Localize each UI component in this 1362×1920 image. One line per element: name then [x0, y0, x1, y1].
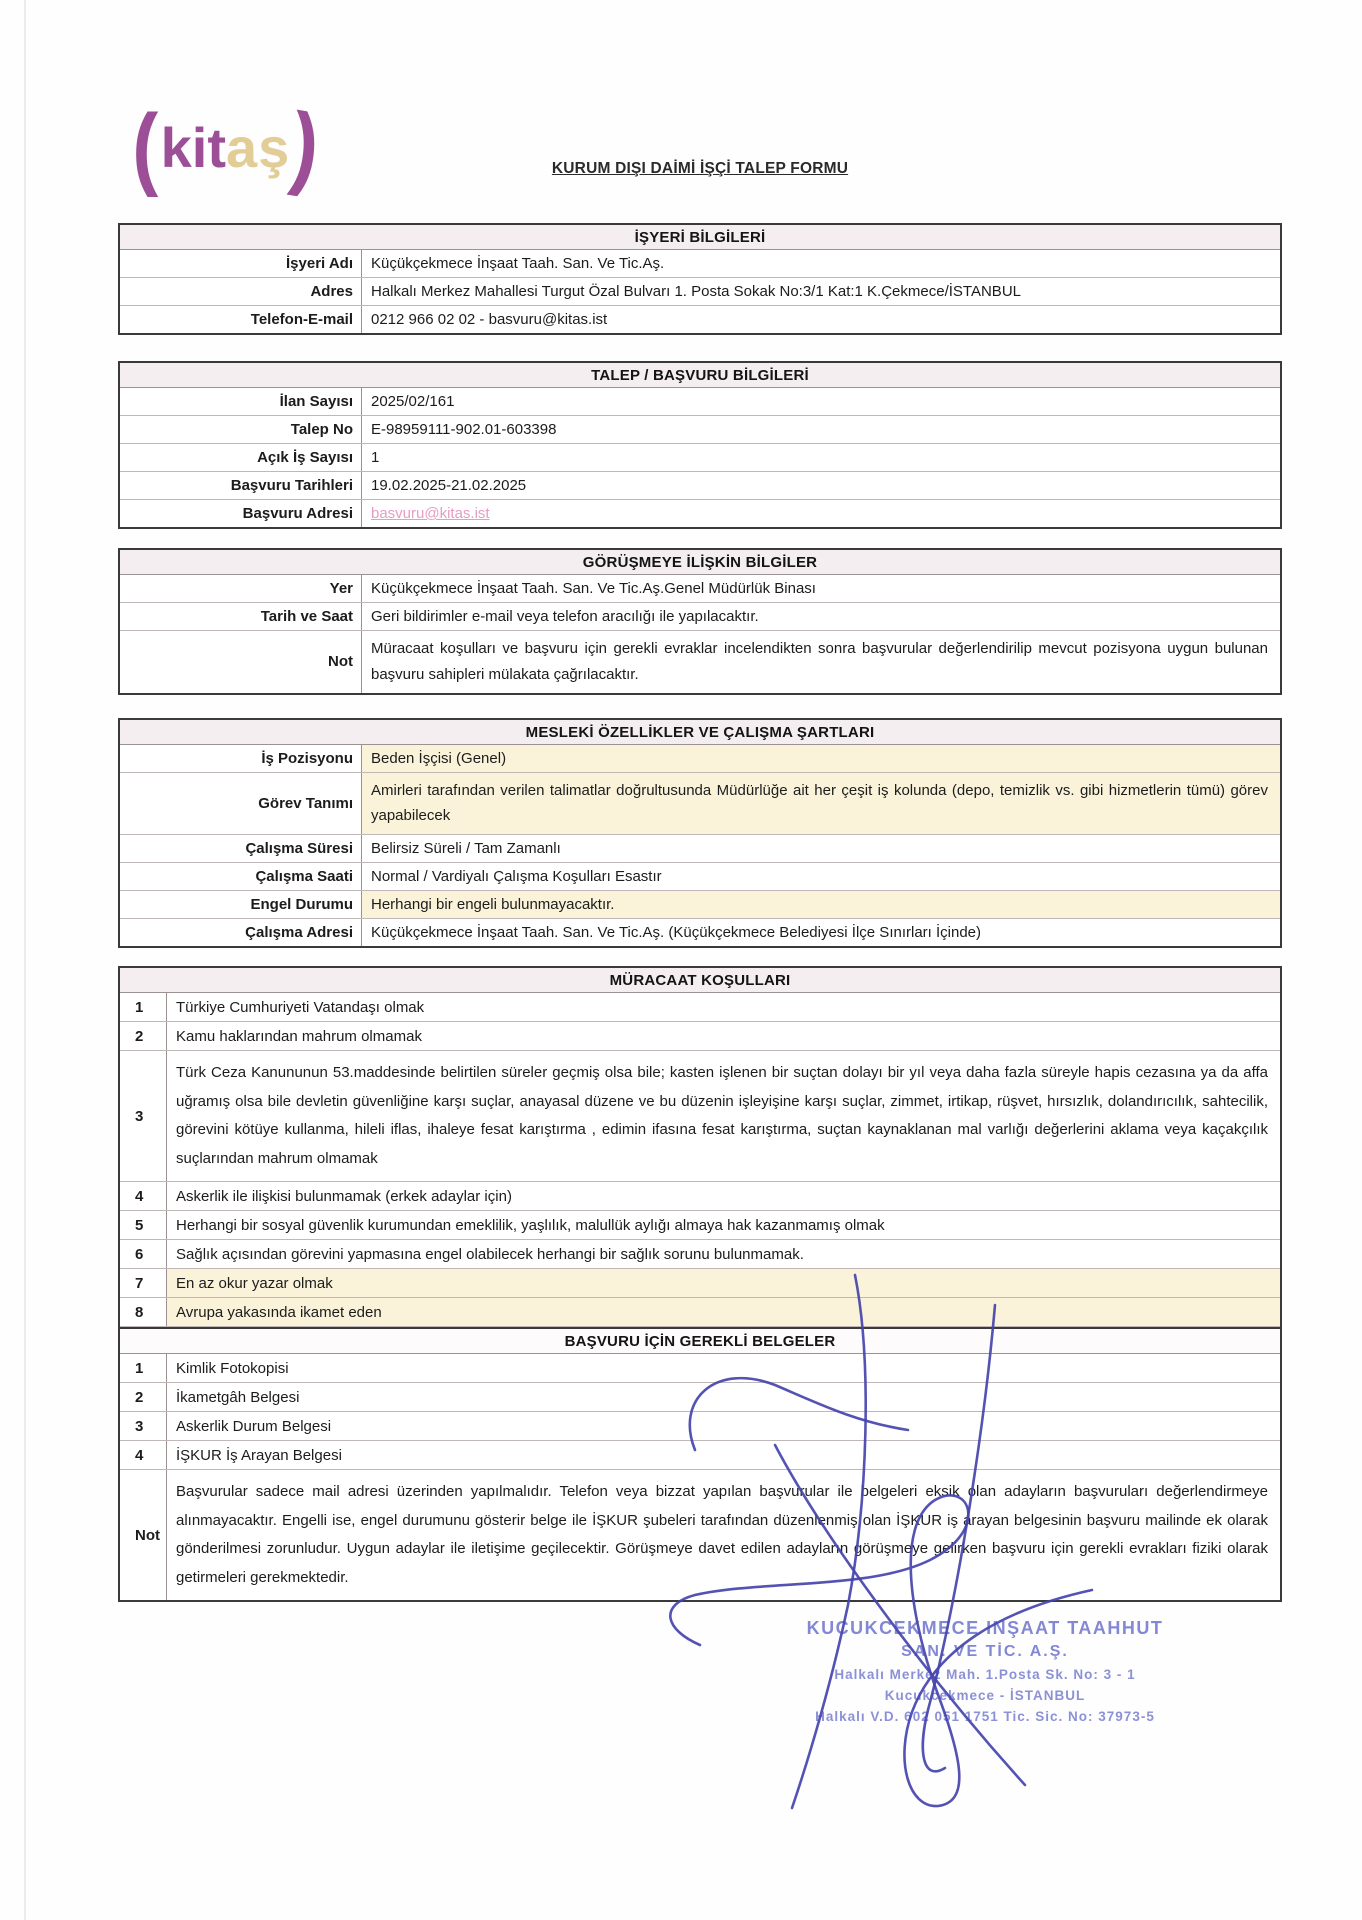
- row-label: Telefon-E-mail: [120, 306, 362, 333]
- row-value: Normal / Vardiyalı Çalışma Koşulları Esa…: [362, 863, 1280, 890]
- section-header: MESLEKİ ÖZELLİKLER VE ÇALIŞMA ŞARTLARI: [120, 720, 1280, 745]
- table-row: Başvuru Tarihleri 19.02.2025-21.02.2025: [120, 472, 1280, 500]
- table-row: İlan Sayısı 2025/02/161: [120, 388, 1280, 416]
- row-value: Küçükçekmece İnşaat Taah. San. Ve Tic.Aş…: [362, 250, 1280, 277]
- table-row: Görev Tanımı Amirleri tarafından verilen…: [120, 773, 1280, 836]
- item-text: Türkiye Cumhuriyeti Vatandaşı olmak: [167, 993, 1280, 1021]
- row-label: Çalışma Süresi: [120, 835, 362, 862]
- row-label: Engel Durumu: [120, 891, 362, 918]
- table-row: Başvuru Adresi basvuru@kitas.ist: [120, 500, 1280, 527]
- note-text: Başvurular sadece mail adresi üzerinden …: [167, 1470, 1280, 1600]
- logo-paren-open-icon: (: [132, 112, 158, 182]
- row-label: İş Pozisyonu: [120, 745, 362, 772]
- table-row: Not Müracaat koşulları ve başvuru için g…: [120, 631, 1280, 693]
- item-text: Herhangi bir sosyal güvenlik kurumundan …: [167, 1211, 1280, 1239]
- table-row: Açık İş Sayısı 1: [120, 444, 1280, 472]
- row-label: Adres: [120, 278, 362, 305]
- table-row: İş Pozisyonu Beden İşçisi (Genel): [120, 745, 1280, 773]
- list-item: 6 Sağlık açısından görevini yapmasına en…: [120, 1240, 1280, 1269]
- list-item: 8 Avrupa yakasında ikamet eden: [120, 1298, 1280, 1327]
- stamp-line: KUCUKCEKMECE INŞAAT TAAHHUT: [710, 1618, 1260, 1639]
- item-text: Kimlik Fotokopisi: [167, 1354, 1280, 1382]
- scanned-form-page: (kitaş) KURUM DIŞI DAİMİ İŞÇİ TALEP FORM…: [0, 0, 1362, 1920]
- row-value: Amirleri tarafından verilen talimatlar d…: [362, 773, 1280, 835]
- row-value: basvuru@kitas.ist: [362, 500, 1280, 527]
- section-muracaat: MÜRACAAT KOŞULLARI 1 Türkiye Cumhuriyeti…: [118, 966, 1282, 1602]
- item-number: 5: [120, 1211, 167, 1239]
- item-number: 1: [120, 1354, 167, 1382]
- row-value: E-98959111-902.01-603398: [362, 416, 1280, 443]
- item-text: Askerlik ile ilişkisi bulunmamak (erkek …: [167, 1182, 1280, 1210]
- form-content: İŞYERİ BİLGİLERİ İşyeri Adı Küçükçekmece…: [118, 223, 1282, 1622]
- kitas-logo: (kitaş): [130, 112, 321, 182]
- table-row: Çalışma Adresi Küçükçekmece İnşaat Taah.…: [120, 919, 1280, 946]
- row-label: Açık İş Sayısı: [120, 444, 362, 471]
- table-row: Adres Halkalı Merkez Mahallesi Turgut Öz…: [120, 278, 1280, 306]
- row-label: İlan Sayısı: [120, 388, 362, 415]
- logo-text-kit: kit: [161, 115, 226, 180]
- logo-paren-close-icon: ): [289, 110, 323, 184]
- section-header: MÜRACAAT KOŞULLARI: [120, 968, 1280, 993]
- item-number: 6: [120, 1240, 167, 1268]
- note-row: Not Başvurular sadece mail adresi üzerin…: [120, 1470, 1280, 1600]
- stamp-line: Halkalı V.D. 602 051 1751 Tic. Sic. No: …: [710, 1709, 1260, 1724]
- table-row: İşyeri Adı Küçükçekmece İnşaat Taah. San…: [120, 250, 1280, 278]
- list-item: 5 Herhangi bir sosyal güvenlik kurumunda…: [120, 1211, 1280, 1240]
- form-title: KURUM DIŞI DAİMİ İŞÇİ TALEP FORMU: [420, 160, 980, 178]
- list-item: 3 Türk Ceza Kanununun 53.maddesinde beli…: [120, 1051, 1280, 1182]
- list-item: 7 En az okur yazar olmak: [120, 1269, 1280, 1298]
- table-row: Yer Küçükçekmece İnşaat Taah. San. Ve Ti…: [120, 575, 1280, 603]
- section-header: TALEP / BAŞVURU BİLGİLERİ: [120, 363, 1280, 388]
- row-value: 19.02.2025-21.02.2025: [362, 472, 1280, 499]
- item-text: En az okur yazar olmak: [167, 1269, 1280, 1297]
- item-number: 7: [120, 1269, 167, 1297]
- table-row: Çalışma Süresi Belirsiz Süreli / Tam Zam…: [120, 835, 1280, 863]
- row-label: Görev Tanımı: [120, 773, 362, 835]
- row-value: 2025/02/161: [362, 388, 1280, 415]
- row-label: Yer: [120, 575, 362, 602]
- list-item: 4 Askerlik ile ilişkisi bulunmamak (erke…: [120, 1182, 1280, 1211]
- item-number: 4: [120, 1182, 167, 1210]
- table-row: Tarih ve Saat Geri bildirimler e-mail ve…: [120, 603, 1280, 631]
- item-number: 3: [120, 1051, 167, 1181]
- table-row: Engel Durumu Herhangi bir engeli bulunma…: [120, 891, 1280, 919]
- row-value: Halkalı Merkez Mahallesi Turgut Özal Bul…: [362, 278, 1280, 305]
- list-item: 1 Türkiye Cumhuriyeti Vatandaşı olmak: [120, 993, 1280, 1022]
- logo-text-as: aş: [226, 115, 290, 180]
- list-item: 2 İkametgâh Belgesi: [120, 1383, 1280, 1412]
- row-value: 0212 966 02 02 - basvuru@kitas.ist: [362, 306, 1280, 333]
- row-value: Geri bildirimler e-mail veya telefon ara…: [362, 603, 1280, 630]
- section-header: BAŞVURU İÇİN GEREKLİ BELGELER: [120, 1327, 1280, 1354]
- table-row: Talep No E-98959111-902.01-603398: [120, 416, 1280, 444]
- item-number: 1: [120, 993, 167, 1021]
- row-value: Küçükçekmece İnşaat Taah. San. Ve Tic.Aş…: [362, 919, 1280, 946]
- stamp-line: Halkalı Merkez Mah. 1.Posta Sk. No: 3 - …: [710, 1667, 1260, 1682]
- stamp-line: SAN. VE TİC. A.Ş.: [710, 1643, 1260, 1661]
- row-label: Çalışma Saati: [120, 863, 362, 890]
- list-item: 1 Kimlik Fotokopisi: [120, 1354, 1280, 1383]
- list-item: 3 Askerlik Durum Belgesi: [120, 1412, 1280, 1441]
- item-text: Türk Ceza Kanununun 53.maddesinde belirt…: [167, 1051, 1280, 1181]
- section-isyeri-bilgileri: İŞYERİ BİLGİLERİ İşyeri Adı Küçükçekmece…: [118, 223, 1282, 335]
- item-number: 8: [120, 1298, 167, 1326]
- email-link[interactable]: basvuru@kitas.ist: [371, 505, 490, 522]
- row-label: İşyeri Adı: [120, 250, 362, 277]
- section-header: GÖRÜŞMEYE İLİŞKİN BİLGİLER: [120, 550, 1280, 575]
- row-label: Tarih ve Saat: [120, 603, 362, 630]
- row-label: Çalışma Adresi: [120, 919, 362, 946]
- table-row: Çalışma Saati Normal / Vardiyalı Çalışma…: [120, 863, 1280, 891]
- table-row: Telefon-E-mail 0212 966 02 02 - basvuru@…: [120, 306, 1280, 333]
- row-label: Talep No: [120, 416, 362, 443]
- company-stamp: KUCUKCEKMECE INŞAAT TAAHHUT SAN. VE TİC.…: [710, 1618, 1260, 1730]
- item-number: 4: [120, 1441, 167, 1469]
- item-text: Askerlik Durum Belgesi: [167, 1412, 1280, 1440]
- row-value: Belirsiz Süreli / Tam Zamanlı: [362, 835, 1280, 862]
- row-label: Başvuru Tarihleri: [120, 472, 362, 499]
- item-text: İkametgâh Belgesi: [167, 1383, 1280, 1411]
- row-value: 1: [362, 444, 1280, 471]
- item-text: Sağlık açısından görevini yapmasına enge…: [167, 1240, 1280, 1268]
- item-text: Avrupa yakasında ikamet eden: [167, 1298, 1280, 1326]
- section-mesleki: MESLEKİ ÖZELLİKLER VE ÇALIŞMA ŞARTLARI İ…: [118, 718, 1282, 949]
- item-text: İŞKUR İş Arayan Belgesi: [167, 1441, 1280, 1469]
- row-value: Küçükçekmece İnşaat Taah. San. Ve Tic.Aş…: [362, 575, 1280, 602]
- item-number: 3: [120, 1412, 167, 1440]
- section-header: İŞYERİ BİLGİLERİ: [120, 225, 1280, 250]
- row-value: Beden İşçisi (Genel): [362, 745, 1280, 772]
- list-item: 2 Kamu haklarından mahrum olmamak: [120, 1022, 1280, 1051]
- note-label: Not: [120, 1470, 167, 1600]
- item-number: 2: [120, 1383, 167, 1411]
- item-text: Kamu haklarından mahrum olmamak: [167, 1022, 1280, 1050]
- row-value: Müracaat koşulları ve başvuru için gerek…: [362, 631, 1280, 693]
- row-label: Not: [120, 631, 362, 693]
- row-value: Herhangi bir engeli bulunmayacaktır.: [362, 891, 1280, 918]
- item-number: 2: [120, 1022, 167, 1050]
- stamp-line: Kucukcekmece - İSTANBUL: [710, 1688, 1260, 1703]
- row-label: Başvuru Adresi: [120, 500, 362, 527]
- list-item: 4 İŞKUR İş Arayan Belgesi: [120, 1441, 1280, 1470]
- scan-edge-line: [24, 0, 26, 1920]
- section-gorusme: GÖRÜŞMEYE İLİŞKİN BİLGİLER Yer Küçükçekm…: [118, 548, 1282, 695]
- section-talep-basvuru: TALEP / BAŞVURU BİLGİLERİ İlan Sayısı 20…: [118, 361, 1282, 529]
